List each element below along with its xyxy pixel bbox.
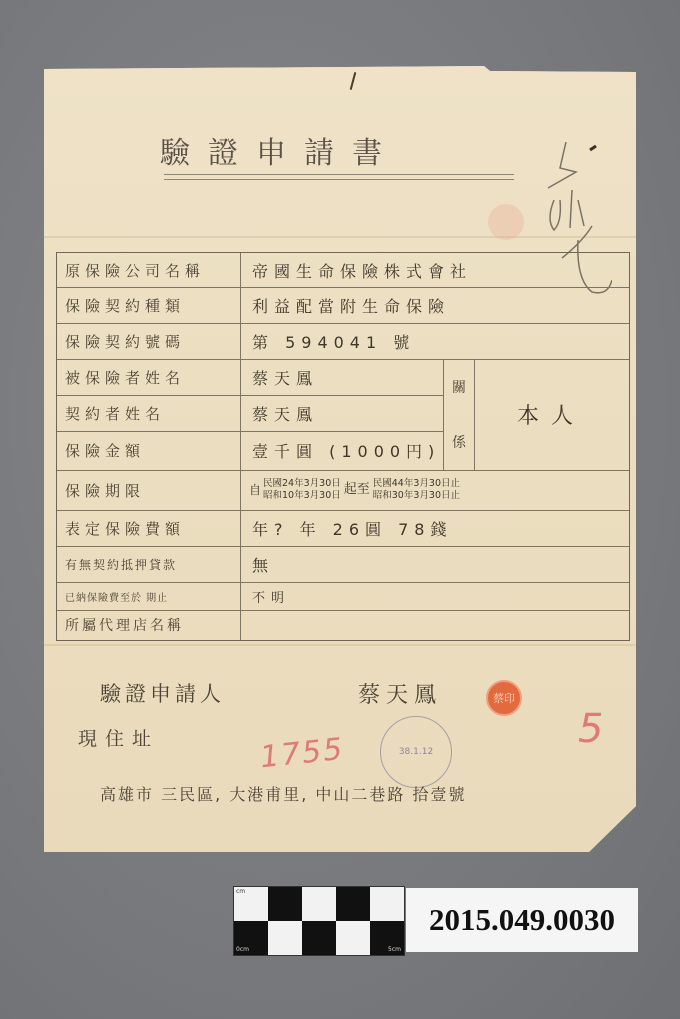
address-value: 高雄市 三民區, 大港甫里, 中山二巷路 拾壹號 bbox=[100, 782, 467, 805]
relationship-label-bottom: 係 bbox=[452, 432, 466, 452]
relationship-label-top: 關 bbox=[452, 377, 466, 397]
form-row: 契約者姓名 蔡天鳳 bbox=[57, 395, 443, 432]
form-row: 保險契約種類 利益配當附生命保險 bbox=[57, 287, 629, 324]
row-value: 不明 bbox=[252, 582, 290, 610]
catalog-number-label: 2015.049.0030 bbox=[406, 888, 638, 952]
form-row: 保險契約號碼 第 594041 號 bbox=[57, 323, 629, 360]
title-underline bbox=[164, 174, 514, 180]
postmark-stamp: 38.1.12 bbox=[380, 716, 452, 788]
period-end-showa: 昭和30年3月30日止 bbox=[373, 490, 460, 502]
row-label: 契約者姓名 bbox=[57, 395, 241, 431]
row-label: 所屬代理店名稱 bbox=[57, 610, 241, 640]
period-start: 民國24年3月30日 昭和10年3月30日 bbox=[263, 478, 341, 502]
relationship-value: 本人 bbox=[473, 359, 629, 470]
scale-square bbox=[370, 887, 404, 921]
document-title: 驗證申請書 bbox=[160, 128, 400, 172]
row-label: 已納保險費至於 期止 bbox=[57, 582, 241, 610]
row-value: 蔡天鳳 bbox=[252, 395, 318, 431]
form-row-period: 保險期限 自 民國24年3月30日 昭和10年3月30日 起至 民國44年3月3… bbox=[57, 470, 629, 511]
row-value: 無 bbox=[252, 546, 274, 582]
color-scale-bar bbox=[233, 886, 405, 956]
form-row: 已納保險費至於 期止 不明 bbox=[57, 582, 629, 611]
faint-seal bbox=[488, 204, 524, 240]
row-label: 保險契約號碼 bbox=[57, 323, 241, 359]
row-label: 有無契約抵押貸款 bbox=[57, 546, 241, 582]
red-annotation-mark: 5 bbox=[578, 706, 603, 752]
row-value: 蔡天鳳 bbox=[252, 359, 318, 395]
scale-square bbox=[268, 887, 302, 921]
period-from: 自 bbox=[249, 484, 261, 496]
scale-square bbox=[268, 921, 302, 955]
period-value: 自 民國24年3月30日 昭和10年3月30日 起至 民國44年3月30日止 昭… bbox=[249, 470, 460, 510]
form-row: 表定保險費額 年? 年 26圓 78錢 bbox=[57, 510, 629, 547]
row-value: 年? 年 26圓 78錢 bbox=[252, 510, 452, 546]
row-value: 第 594041 號 bbox=[252, 323, 415, 359]
scale-top-tag: cm bbox=[236, 888, 245, 895]
period-start-roc: 民國24年3月30日 bbox=[263, 478, 341, 490]
period-end: 民國44年3月30日止 昭和30年3月30日止 bbox=[373, 478, 460, 502]
row-label: 保險金額 bbox=[57, 431, 241, 470]
scale-left-unit: 0cm bbox=[236, 946, 249, 953]
scale-square bbox=[336, 921, 370, 955]
fold-line bbox=[44, 644, 636, 646]
scale-square bbox=[302, 887, 336, 921]
form-row: 原保險公司名稱 帝國生命保險株式會社 bbox=[57, 253, 629, 288]
form-row: 有無契約抵押貸款 無 bbox=[57, 546, 629, 583]
row-label: 表定保險費額 bbox=[57, 510, 241, 546]
row-value: 帝國生命保險株式會社 bbox=[252, 253, 472, 287]
applicant-name: 蔡天鳳 bbox=[358, 678, 442, 709]
form-row: 所屬代理店名稱 bbox=[57, 610, 629, 640]
period-end-roc: 民國44年3月30日止 bbox=[373, 478, 460, 490]
row-value: 壹千圓 (1000円) bbox=[252, 431, 440, 470]
period-start-showa: 昭和10年3月30日 bbox=[263, 490, 341, 502]
scale-right-unit: 5cm bbox=[388, 946, 401, 953]
insurance-form-table: 原保險公司名稱 帝國生命保險株式會社 保險契約種類 利益配當附生命保險 保險契約… bbox=[56, 252, 630, 641]
row-label: 保險期限 bbox=[57, 470, 241, 510]
period-middle: 起至 bbox=[344, 484, 370, 496]
address-label: 現住址 bbox=[78, 724, 159, 751]
red-seal: 蔡印 bbox=[486, 680, 522, 716]
row-label: 被保險者姓名 bbox=[57, 359, 241, 395]
row-value: 利益配當附生命保險 bbox=[252, 287, 450, 323]
row-label: 原保險公司名稱 bbox=[57, 253, 241, 287]
scale-square bbox=[336, 887, 370, 921]
form-row: 被保險者姓名 蔡天鳳 bbox=[57, 359, 443, 396]
scale-square bbox=[302, 921, 336, 955]
applicant-label: 驗證申請人 bbox=[100, 678, 225, 708]
relationship-label: 關 係 bbox=[443, 359, 475, 470]
row-label: 保險契約種類 bbox=[57, 287, 241, 323]
document-paper: 驗證申請書 原保險公司名稱 帝國生命保險株式會社 保險契約種類 利益配當附生命保… bbox=[44, 66, 636, 852]
